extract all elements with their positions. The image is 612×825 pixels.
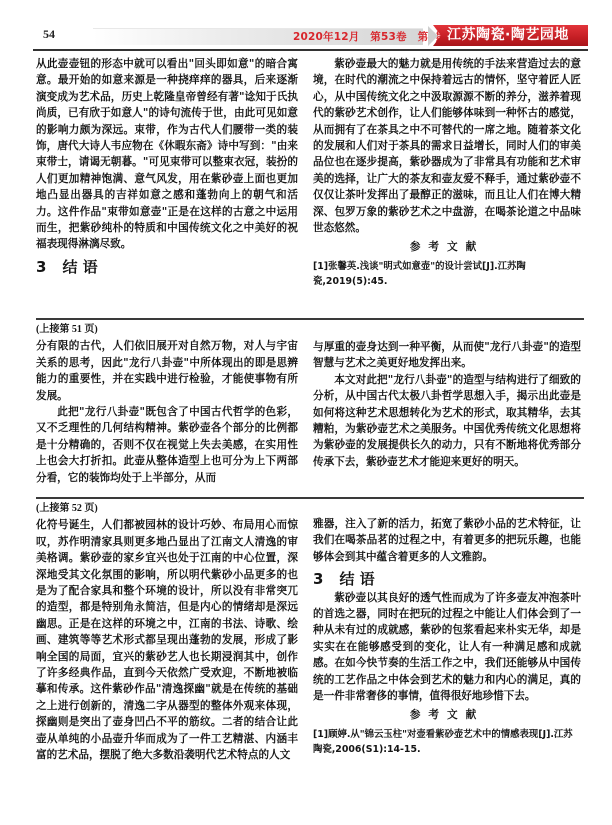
- section-heading: 3结 语: [313, 571, 581, 587]
- section-divider: [36, 497, 584, 499]
- section-number: 3: [313, 570, 323, 588]
- continued-from-label: (上接第 51 页): [36, 322, 298, 338]
- issue-date: 2020年12月: [293, 31, 359, 43]
- paragraph: 此把"龙行八卦壶"既包含了中国古代哲学的色彩，又不乏理性的几何结构精神。紫砂壶各…: [36, 404, 298, 486]
- references-title: 参考文献: [313, 239, 581, 255]
- reference-item: [1]张馨英.浅谈"明式如意壶"的设计尝试[J].江苏陶瓷,2019(5):45…: [313, 259, 581, 289]
- reference-item: [1]顾婷.从"锦云玉柱"对壶看紫砂壶艺术中的情感表现[J].江苏陶瓷,2006…: [313, 727, 581, 757]
- section-title-text: 结 语: [62, 258, 97, 276]
- article3-right-column: 雅器，注入了新的活力，拓宽了紫砂小品的艺术特征，让我们在喝茶品茗的过程之中，有着…: [313, 516, 581, 757]
- article1-right-column: 紫砂壶最大的魅力就是用传统的手法来营造过去的意境，在时代的潮流之中保持着远古的情…: [313, 56, 581, 289]
- page-number: 54: [43, 27, 55, 42]
- paragraph: 本文对此把"龙行八卦壶"的造型与结构进行了细致的分析，从中国古代太极八卦哲学思想…: [313, 372, 581, 470]
- page-header: 54 2020年12月 第53卷 第6期 江苏陶瓷·陶艺园地: [33, 24, 588, 46]
- article2-right-column: 与厚重的壶身达到一种平衡，从而使"龙行八卦壶"的造型智慧与艺术之美更好地发挥出来…: [313, 339, 581, 470]
- paragraph: 与厚重的壶身达到一种平衡，从而使"龙行八卦壶"的造型智慧与艺术之美更好地发挥出来…: [313, 339, 581, 372]
- paragraph: 从此壶壶钮的形态中就可以看出"回头即如意"的暗合寓意。最开始的如意来源是一种挠痒…: [36, 56, 298, 253]
- paragraph: 分有限的古代，人们依旧展开对自然万物，对人与宇宙关系的思考，因此"龙行八卦壶"中…: [36, 338, 298, 404]
- article2-left-column: (上接第 51 页) 分有限的古代，人们依旧展开对自然万物，对人与宇宙关系的思考…: [36, 322, 298, 486]
- paragraph: 紫砂壶最大的魅力就是用传统的手法来营造过去的意境，在时代的潮流之中保持着远古的情…: [313, 56, 581, 236]
- continued-from-label: (上接第 52 页): [36, 501, 298, 517]
- header-divider: [33, 49, 588, 51]
- paragraph: 化符号诞生，人们都被园林的设计巧妙、布局用心而惊叹，苏作明清家具则更多地凸显出了…: [36, 517, 298, 763]
- references-title: 参考文献: [313, 707, 581, 723]
- paragraph: 雅器，注入了新的活力，拓宽了紫砂小品的艺术特征，让我们在喝茶品茗的过程之中，有着…: [313, 516, 581, 565]
- article3-left-column: (上接第 52 页) 化符号诞生，人们都被园林的设计巧妙、布局用心而惊叹，苏作明…: [36, 501, 298, 764]
- section-heading: 3结 语: [36, 259, 298, 275]
- article1-left-column: 从此壶壶钮的形态中就可以看出"回头即如意"的暗合寓意。最开始的如意来源是一种挠痒…: [36, 56, 298, 277]
- volume: 第53卷: [370, 31, 406, 43]
- section-title-text: 结 语: [339, 570, 374, 588]
- section-divider: [36, 318, 584, 320]
- section-number: 3: [36, 258, 46, 276]
- journal-section-banner: 江苏陶瓷·陶艺园地: [433, 25, 588, 46]
- paragraph: 紫砂壶以其良好的透气性而成为了许多壶友冲泡茶叶的首选之器，同时在把玩的过程之中能…: [313, 590, 581, 705]
